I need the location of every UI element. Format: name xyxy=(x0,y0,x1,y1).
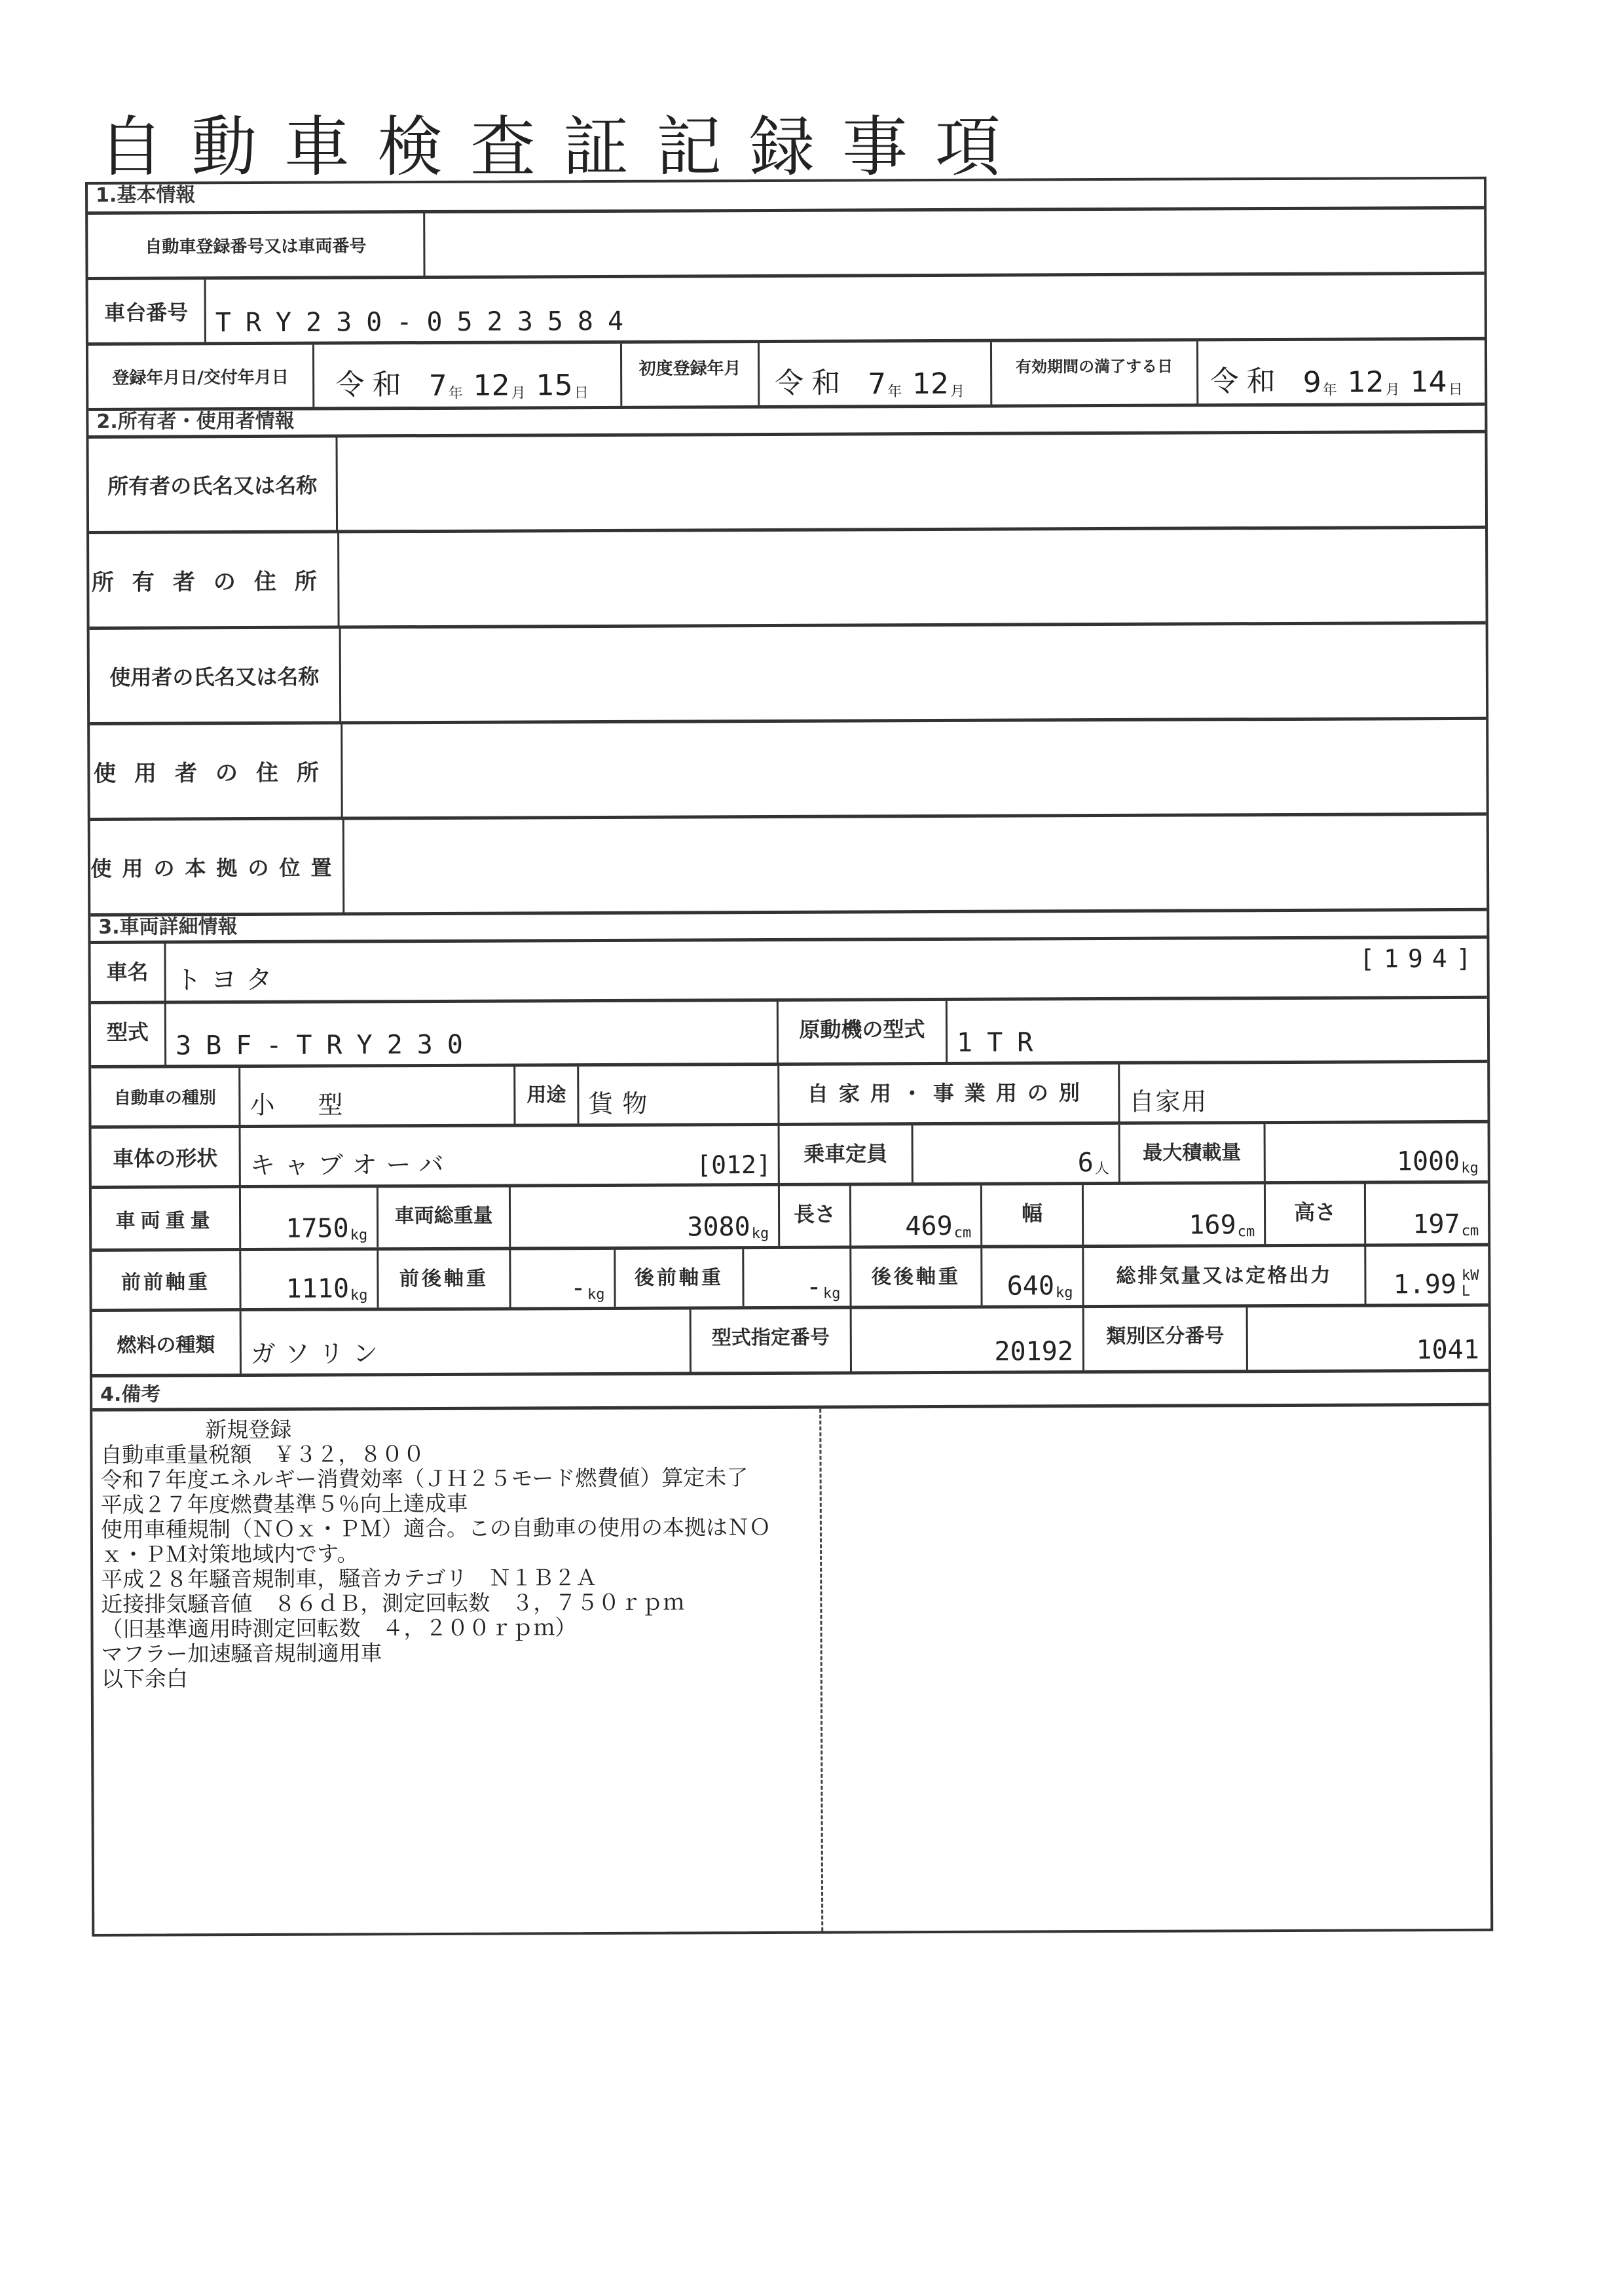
rr-axle-unit: kg xyxy=(1056,1285,1073,1301)
user-address-row: 使用者の住所 xyxy=(90,720,1486,821)
fr-axle-number: - xyxy=(570,1273,586,1303)
capacity-label: 乗車定員 xyxy=(780,1125,913,1183)
section-3-heading: 3.車両詳細情報 xyxy=(90,911,1486,939)
category-label: 類別区分番号 xyxy=(1084,1307,1248,1370)
displacement-value: 1.99 kW L xyxy=(1366,1247,1488,1304)
rf-axle-number: - xyxy=(806,1272,822,1302)
rr-axle-value: 640kg xyxy=(982,1248,1084,1305)
displacement-unit-kw: kW xyxy=(1462,1268,1479,1284)
engine-model-value: 1TR xyxy=(948,999,1487,1062)
type-designation-label: 型式指定番号 xyxy=(692,1309,852,1372)
width-number: 169 xyxy=(1189,1210,1236,1240)
owner-name-value xyxy=(338,433,1486,530)
section-2-heading: 2.所有者・使用者情報 xyxy=(88,406,1485,433)
private-business-value: 自家用 xyxy=(1120,1063,1487,1121)
ff-axle-unit: kg xyxy=(350,1287,368,1303)
user-address-value xyxy=(342,720,1486,817)
car-name-value: トヨタ [194] xyxy=(166,939,1486,1001)
remarks-line: 以下余白 xyxy=(101,1664,821,1692)
user-name-row: 使用者の氏名又は名称 xyxy=(90,625,1486,725)
axle-weights-row: 前前軸重 1110kg 前後軸重 -kg 後前軸重 -kg 後後軸重 640kg… xyxy=(92,1247,1488,1312)
chassis-number-label: 車台番号 xyxy=(88,280,206,342)
base-location-row: 使用の本拠の位置 xyxy=(90,816,1487,917)
remarks-line: 近接排気騒音値 ８６ｄＢ，測定回転数 ３，７５０ｒｐｍ xyxy=(101,1590,820,1617)
car-name-label: 車名 xyxy=(90,944,166,1001)
section-1-heading: 1.基本情報 xyxy=(88,179,1484,207)
remarks-line: （旧基準適用時測定回転数 ４，２００ｒｐｍ） xyxy=(101,1614,820,1642)
ff-axle-value: 1110kg xyxy=(241,1250,378,1308)
ff-axle-number: 1110 xyxy=(286,1273,350,1303)
fuel-label: 燃料の種類 xyxy=(92,1311,242,1374)
registration-date-day: 15 xyxy=(536,369,573,402)
usage-value: 貨物 xyxy=(579,1066,779,1123)
remarks-line: 平成２８年騒音規制車，騒音カテゴリ Ｎ１Ｂ２Ａ xyxy=(101,1565,820,1592)
max-load-label: 最大積載量 xyxy=(1120,1124,1266,1182)
base-location-label: 使用の本拠の位置 xyxy=(90,820,345,913)
registration-number-label: 自動車登録番号又は車両番号 xyxy=(88,213,425,277)
first-registration-label: 初度登録年月 xyxy=(622,343,760,406)
length-value: 469cm xyxy=(851,1186,982,1246)
year-unit: 年 xyxy=(1323,379,1337,399)
chassis-number-row: 車台番号 TRY230-0523584 xyxy=(88,275,1485,346)
remarks-text: 新規登録 自動車重量税額 ￥３２，８００ 令和７年度エネルギー消費効率（ＪＨ２５… xyxy=(92,1409,821,1934)
remarks-line: 平成２７年度燃費基準５％向上達成車 xyxy=(101,1490,820,1518)
fuel-value: ガソリン xyxy=(242,1309,692,1374)
displacement-label: 総排気量又は定格出力 xyxy=(1084,1247,1366,1305)
length-number: 469 xyxy=(905,1211,952,1241)
capacity-value: 6人 xyxy=(913,1125,1120,1182)
dates-row: 登録年月日/交付年月日 令和 7年 12月 15日 初度登録年月 令和 7年 1… xyxy=(88,340,1485,411)
expiry-date-year: 9 xyxy=(1303,366,1321,399)
weight-dimensions-row: 車両重量 1750kg 車両総重量 3080kg 長さ 469cm 幅 169c… xyxy=(92,1184,1488,1252)
remarks-line: 使用車種規制（ＮＯｘ・ＰＭ）適合。この自動車の使用の本拠はＮＯ xyxy=(101,1515,820,1542)
rr-axle-label: 後後軸重 xyxy=(851,1248,982,1306)
owner-name-row: 所有者の氏名又は名称 xyxy=(89,433,1486,534)
day-unit: 日 xyxy=(1449,378,1463,399)
displacement-number: 1.99 xyxy=(1393,1269,1457,1300)
category-value: 1041 xyxy=(1248,1307,1488,1370)
vehicle-weight-value: 1750kg xyxy=(241,1188,378,1248)
max-load-number: 1000 xyxy=(1397,1146,1460,1176)
vehicle-class-value: 小 型 xyxy=(240,1066,515,1125)
vehicle-class-label: 自動車の種別 xyxy=(91,1068,240,1125)
fr-axle-unit: kg xyxy=(587,1286,605,1303)
height-number: 197 xyxy=(1412,1209,1460,1239)
first-registration-era: 令和 xyxy=(775,359,848,401)
registration-date-value: 令和 7年 12月 15日 xyxy=(314,344,622,407)
owner-address-value xyxy=(339,529,1486,626)
width-unit: cm xyxy=(1238,1224,1255,1240)
owner-address-row: 所有者の住所 xyxy=(89,529,1486,630)
rf-axle-unit: kg xyxy=(823,1286,841,1302)
body-shape-row: 車体の形状 キャブオーバ [012] 乗車定員 6人 最大積載量 1000kg xyxy=(92,1123,1488,1189)
year-unit: 年 xyxy=(449,382,463,403)
owner-name-label: 所有者の氏名又は名称 xyxy=(89,438,339,531)
day-unit: 日 xyxy=(574,382,589,402)
remarks-line: 令和７年度エネルギー消費効率（ＪＨ２５モード燃費値）算定未了 xyxy=(101,1465,820,1493)
displacement-unit-l: L xyxy=(1462,1284,1479,1300)
rr-axle-number: 640 xyxy=(1007,1271,1054,1301)
body-shape-value: キャブオーバ [012] xyxy=(241,1126,780,1185)
gross-weight-number: 3080 xyxy=(687,1212,750,1242)
fr-axle-value: -kg xyxy=(511,1250,616,1307)
gross-weight-label: 車両総重量 xyxy=(378,1188,511,1248)
first-registration-value: 令和 7年 12月 xyxy=(760,342,992,405)
expiry-date-month: 12 xyxy=(1348,365,1384,399)
car-name-text: トヨタ xyxy=(175,959,282,997)
height-label: 高さ xyxy=(1266,1184,1366,1245)
gross-weight-unit: kg xyxy=(752,1226,769,1242)
fuel-row: 燃料の種類 ガソリン 型式指定番号 20192 類別区分番号 1041 xyxy=(92,1307,1488,1377)
inspection-record-table: 1.基本情報 自動車登録番号又は車両番号 車台番号 TRY230-0523584… xyxy=(85,177,1493,1937)
rf-axle-label: 後前軸重 xyxy=(616,1249,744,1307)
type-designation-value: 20192 xyxy=(852,1308,1084,1371)
expiry-date-day: 14 xyxy=(1411,365,1447,399)
remarks-area: 新規登録 自動車重量税額 ￥３２，８００ 令和７年度エネルギー消費効率（ＪＨ２５… xyxy=(92,1406,1490,1934)
gross-weight-value: 3080kg xyxy=(511,1186,780,1247)
document-title: 自動車検査証記録事項 xyxy=(98,105,1028,190)
width-label: 幅 xyxy=(982,1185,1084,1245)
length-unit: cm xyxy=(954,1225,972,1241)
length-label: 長さ xyxy=(780,1186,851,1246)
engine-model-label: 原動機の型式 xyxy=(779,1001,948,1063)
user-name-value xyxy=(341,625,1486,721)
max-load-unit: kg xyxy=(1461,1160,1479,1176)
registration-number-value xyxy=(425,210,1484,276)
chassis-number-value: TRY230-0523584 xyxy=(206,275,1485,342)
registration-number-row: 自動車登録番号又は車両番号 xyxy=(88,210,1484,280)
capacity-number: 6 xyxy=(1078,1148,1094,1178)
month-unit: 月 xyxy=(1386,378,1400,399)
model-row: 型式 3BF-TRY230 原動機の型式 1TR xyxy=(91,999,1487,1068)
expiry-date-era: 令和 xyxy=(1210,357,1283,399)
remarks-line: 新規登録 xyxy=(100,1415,819,1443)
vehicle-weight-unit: kg xyxy=(350,1227,368,1243)
fr-axle-label: 前後軸重 xyxy=(378,1250,511,1308)
section-1-header: 1.基本情報 xyxy=(88,179,1484,215)
month-unit: 月 xyxy=(511,382,526,402)
model-value: 3BF-TRY230 xyxy=(166,1002,779,1065)
private-business-label: 自家用・事業用の別 xyxy=(779,1065,1120,1123)
year-unit: 年 xyxy=(887,380,902,401)
registration-date-year: 7 xyxy=(429,369,447,403)
car-name-code: [194] xyxy=(1359,944,1481,974)
usage-label: 用途 xyxy=(515,1066,579,1123)
vehicle-weight-label: 車両重量 xyxy=(92,1188,241,1248)
ff-axle-label: 前前軸重 xyxy=(92,1251,241,1309)
displacement-units: kW L xyxy=(1462,1268,1479,1300)
first-registration-month: 12 xyxy=(912,367,949,401)
width-value: 169cm xyxy=(1084,1184,1266,1245)
remarks-line: ｘ・ＰＭ対策地域内です。 xyxy=(101,1540,820,1567)
body-shape-text: キャブオーバ xyxy=(250,1144,453,1181)
registration-date-month: 12 xyxy=(473,369,510,403)
car-name-row: 車名 トヨタ [194] xyxy=(90,939,1486,1004)
base-location-value xyxy=(344,816,1487,913)
remarks-line: マフラー加速騒音規制適用車 xyxy=(101,1639,821,1667)
max-load-value: 1000kg xyxy=(1266,1123,1488,1181)
first-registration-year: 7 xyxy=(868,367,886,401)
section-4-heading: 4.備考 xyxy=(92,1379,1488,1406)
rf-axle-value: -kg xyxy=(744,1249,851,1307)
capacity-unit: 人 xyxy=(1095,1157,1109,1178)
user-address-label: 使用者の住所 xyxy=(90,724,343,817)
body-shape-label: 車体の形状 xyxy=(92,1128,241,1186)
model-label: 型式 xyxy=(91,1004,166,1065)
user-name-label: 使用者の氏名又は名称 xyxy=(90,629,342,722)
registration-date-era: 令和 xyxy=(336,361,409,403)
month-unit: 月 xyxy=(950,380,965,401)
vehicle-class-row: 自動車の種別 小 型 用途 貨物 自家用・事業用の別 自家用 xyxy=(91,1063,1487,1129)
vehicle-weight-number: 1750 xyxy=(286,1213,349,1243)
body-shape-code: [012] xyxy=(696,1150,771,1179)
height-unit: cm xyxy=(1462,1223,1479,1239)
registration-date-label: 登録年月日/交付年月日 xyxy=(88,345,314,408)
height-value: 197cm xyxy=(1366,1184,1488,1244)
expiry-date-value: 令和 9年 12月 14日 xyxy=(1198,340,1485,404)
owner-address-label: 所有者の住所 xyxy=(89,534,340,627)
expiry-date-label: 有効期間の満了する日 xyxy=(992,341,1198,404)
remarks-line: 自動車重量税額 ￥３２，８００ xyxy=(100,1440,819,1468)
